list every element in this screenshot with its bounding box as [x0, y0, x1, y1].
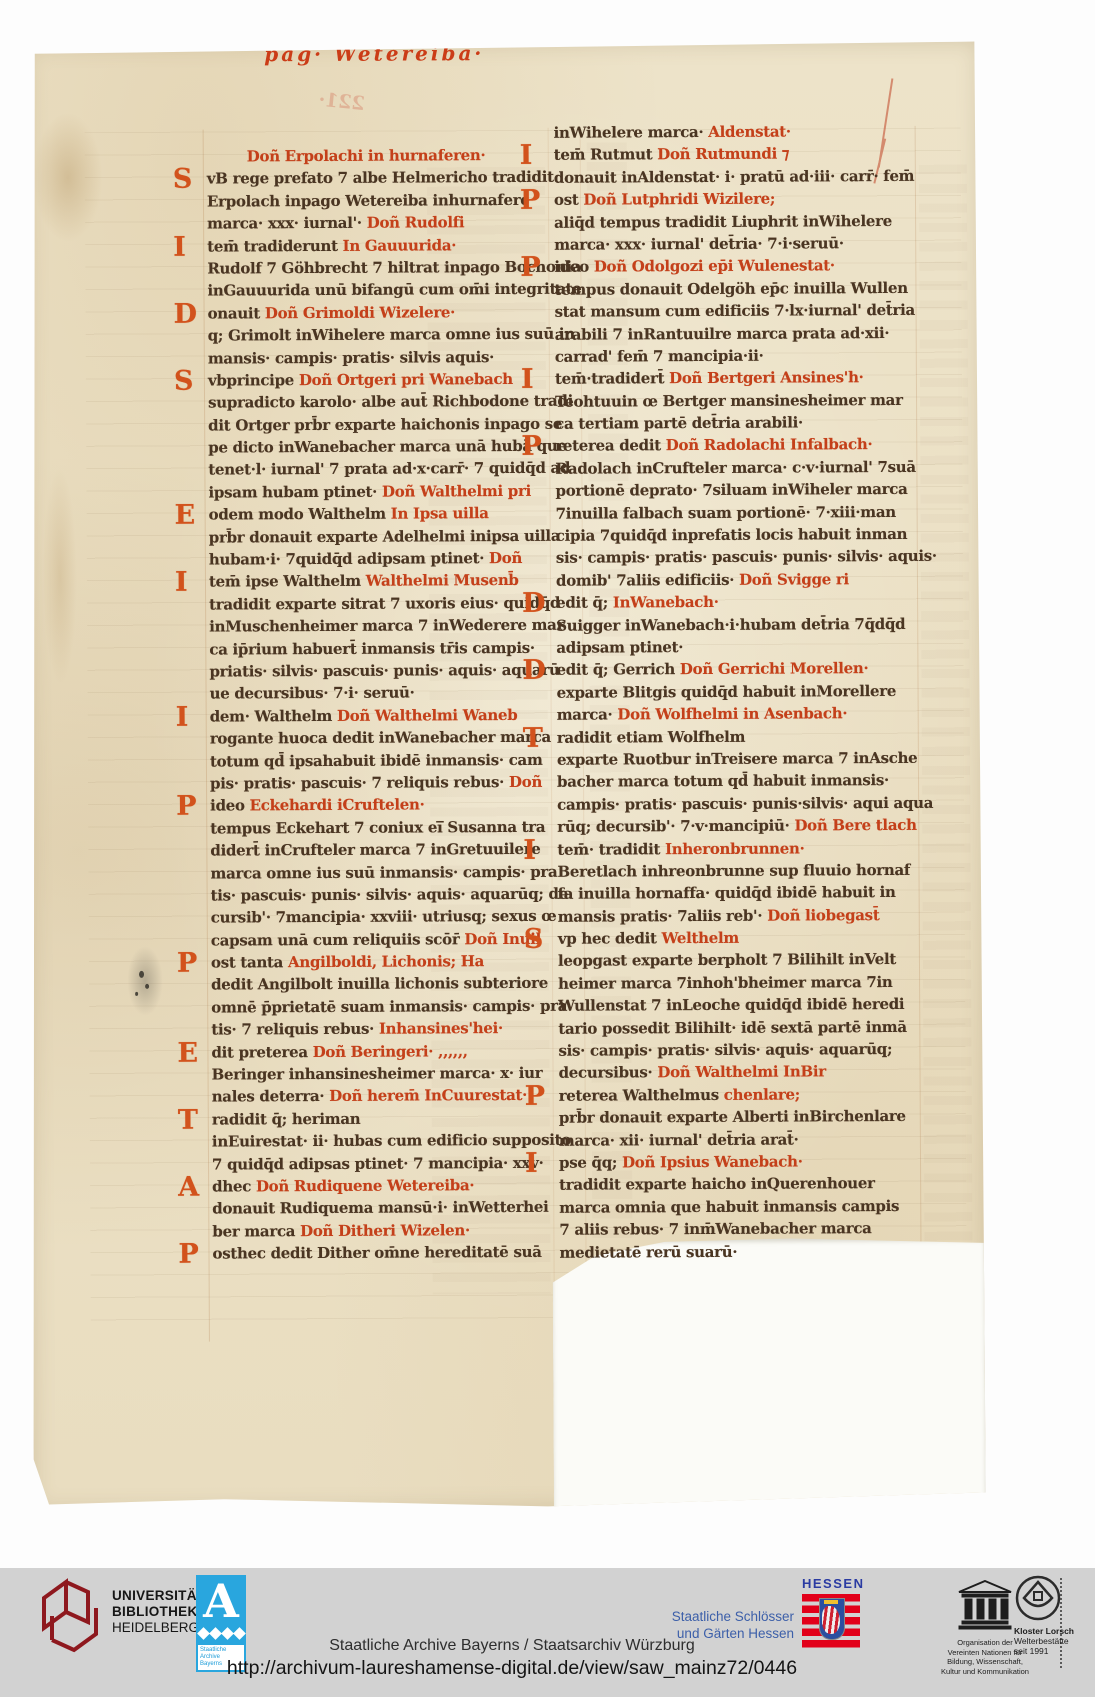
- world-heritage-emblem-icon: [1014, 1574, 1062, 1622]
- source-url: http://archivum-laureshamense-digital.de…: [0, 1656, 1024, 1680]
- text-segment: cursib'· 7mancipia· xxviii· utriusq; sex…: [211, 907, 557, 927]
- manuscript-page: p̄ag· Wetereiba· 221· Doñ Erpolachi in h…: [26, 42, 986, 1511]
- ink-speck: [139, 971, 144, 978]
- manuscript-line: Pideo Doñ Odolgozi ep̄i Wulenestat·: [554, 254, 916, 278]
- manuscript-line: Rudolf 7 Göhbrecht 7 hiltrat inpago Boch…: [207, 256, 552, 280]
- text-segment: cipia 7quidq̄d inprefatis locis habuit i…: [556, 525, 908, 545]
- manuscript-line: 7 quidq̄d adipsas ptinet· 7 mancipia· xx…: [212, 1151, 557, 1175]
- text-segment: stat mansum cum edificiis 7·lx·iurnal' d…: [555, 301, 915, 321]
- rubric-segment: Doñ Walthelmi InBir: [657, 1063, 826, 1082]
- text-segment: portionē deprato· 7siluam inWiheler marc…: [555, 480, 907, 500]
- world-heritage-block: Kloster Lorsch Welterbestätte seit 1991: [1014, 1574, 1094, 1656]
- rubric-segment: Doñ Rudiquene Wetereiba·: [256, 1176, 474, 1195]
- scan-viewer-page: p̄ag· Wetereiba· 221· Doñ Erpolachi in h…: [0, 0, 1095, 1697]
- manuscript-line: Wullenstat 7 inLeoche quidq̄d ibidē here…: [558, 993, 920, 1017]
- initial-letter: P: [178, 1244, 212, 1267]
- manuscript-line: donauit inAldenstat· i· pratū ad·iii· ca…: [554, 165, 916, 189]
- rubric-segment: Doñ Erpolachi in hurnaferen·: [247, 146, 486, 165]
- text-segment: inWihelere marca·: [554, 123, 709, 142]
- manuscript-line: tis· 7 reliquis rebus· Inhansines'hei·: [211, 1017, 556, 1041]
- text-segment: Radolach inCrufteler marca· c·v·iurnal' …: [555, 458, 915, 478]
- text-segment: capsam unā cum reliquiis scōr̄: [211, 930, 465, 949]
- text-segment: dem· Walthelm: [210, 707, 337, 726]
- rubric-segment: Welthelm: [662, 929, 740, 947]
- rubric-segment: Angilboldi, Lichonis; Ha: [288, 952, 484, 971]
- text-segment: Wullenstat 7 inLeoche quidq̄d ibidē here…: [558, 995, 904, 1015]
- manuscript-line: Item̄ Rutmut Doñ Rutmundi ⁊: [554, 142, 916, 166]
- manuscript-line: Item̄· tradidit Inheronbrunnen·: [557, 836, 919, 860]
- text-segment: donauit Rudiquema mansū·i· inWetterhei: [212, 1198, 548, 1218]
- rubric-segment: Doñ: [509, 773, 542, 791]
- rubric-segment: Aldenstat·: [708, 123, 791, 141]
- manuscript-line: Radolach inCrufteler marca· c·v·iurnal' …: [555, 456, 917, 480]
- manuscript-line: carrad' fem̄ 7 mancipia·ii·: [555, 344, 917, 368]
- manuscript-line: tradidit exparte haicho inQuerenhouer: [559, 1172, 921, 1196]
- rubric-segment: InWanebach·: [613, 593, 719, 612]
- manuscript-line: ca ip̄rium habuert̄ inmansis tr̄is campi…: [209, 636, 554, 660]
- text-segment: domib' 7aliis edificiis·: [556, 571, 739, 590]
- text-segment: 7inuilla falbach suam portionē· 7·xiii·m…: [556, 503, 896, 523]
- manuscript-line: supradicto karolo· albe aut̄ Richbodone …: [208, 390, 553, 414]
- manuscript-line: Preterea Walthelmus chenlare;: [559, 1083, 921, 1107]
- manuscript-line: arabili 7 inRantuuilre marca prata ad·xi…: [555, 321, 917, 345]
- text-segment: prb̄r donauit exparte Alberti inBirchenl…: [559, 1107, 906, 1127]
- manuscript-line: pe dicto inWanebacher marca unā hubā que: [208, 435, 553, 459]
- text-segment: arabili 7 inRantuuilre marca prata ad·xi…: [555, 324, 890, 344]
- manuscript-line: inMuschenheimer marca 7 inWederere mar: [209, 614, 554, 638]
- text-segment: campis· pratis· pascuis· punis·silvis· a…: [557, 793, 933, 813]
- text-segment: osthec dedit Dither om̄ne hereditatē suā: [212, 1243, 541, 1263]
- lorsch-line1: Kloster Lorsch: [1014, 1626, 1094, 1636]
- initial-letter: P: [176, 796, 210, 819]
- text-segment: pe dicto inWanebacher marca unā hubā que: [208, 437, 567, 457]
- initial-letter: S: [524, 929, 558, 952]
- rubric-segment: Doñ Lutphridi Wizilere;: [583, 190, 775, 209]
- manuscript-line: ipsam hubam ptinet· Doñ Walthelmi pri: [208, 480, 553, 504]
- initial-letter: D: [522, 660, 556, 683]
- text-segment: marca omne ius suū inmansis· campis· pra: [210, 862, 557, 882]
- manuscript-line: didert̄ inCrufteler marca 7 inGretuuiler…: [210, 838, 555, 862]
- initial-letter: S: [173, 169, 207, 192]
- manuscript-line: Pideo Eckehardi iCruftelen·: [210, 793, 555, 817]
- rubric-segment: Doñ Ipsius Wanebach·: [622, 1152, 803, 1171]
- text-segment: ber marca: [212, 1222, 300, 1240]
- manuscript-line: marca omnia que habuit inmansis campis: [559, 1195, 921, 1219]
- manuscript-line: campis· pratis· pascuis· punis·silvis· a…: [557, 792, 919, 816]
- text-segment: marca· xxx· iurnal' det̄ria· 7·i·seruū·: [554, 234, 844, 254]
- manuscript-line: stat mansum cum edificiis 7·lx·iurnal' d…: [555, 299, 917, 323]
- text-segment: tario possedit Bilihilt· idē sextā partē…: [558, 1018, 907, 1038]
- text-segment: donauit inAldenstat· i· pratū ad·iii· ca…: [554, 167, 914, 187]
- initial-letter: I: [176, 706, 210, 729]
- hessen-shield-icon: [819, 1598, 845, 1640]
- manuscript-line: SvB rege prefato 7 albe Helmericho tradi…: [207, 166, 552, 190]
- manuscript-line: domib' 7aliis edificiis· Doñ Svigge ri: [556, 568, 918, 592]
- text-segment: inEuirestat· ii· hubas cum edificio supp…: [212, 1131, 571, 1151]
- manuscript-line: Tradidit q̄; heriman: [212, 1107, 557, 1131]
- rubric-segment: Doñ Gerrichi Morellen·: [680, 659, 869, 678]
- text-segment: decursibus·: [559, 1064, 658, 1083]
- text-segment: pis· pratis· pascuis· 7 reliquis rebus·: [210, 773, 509, 793]
- initial-letter: I: [175, 572, 209, 595]
- text-segment: priatis· silvis· pascuis· punis· aquis· …: [209, 661, 559, 681]
- text-segment: totum qd̄ ipsahabuit ibidē inmansis· cam: [210, 750, 543, 770]
- show-through-ghost: [919, 162, 973, 1262]
- text-segment: bacher marca totum qd̄ habuit inmansis·: [557, 771, 889, 791]
- text-segment: tem̄ ipse Walthelm: [209, 572, 366, 591]
- initial-letter: D: [174, 303, 208, 326]
- text-segment: edit q̄;: [556, 594, 613, 612]
- manuscript-line: Posthec dedit Dither om̄ne hereditatē su…: [212, 1241, 557, 1265]
- rubric-segment: Doñ Svigge ri: [739, 570, 849, 589]
- text-segment: dit Ortger prb̄r exparte haichonis inpag…: [208, 414, 562, 434]
- text-segment: tenet·l· iurnal' 7 prata ad·x·carr̄· 7 q…: [208, 459, 570, 479]
- text-segment: dit preterea: [211, 1043, 312, 1062]
- initial-letter: P: [177, 953, 211, 976]
- text-segment: tempus donauit Odelgöh ep̄c inuilla Wull…: [554, 279, 907, 299]
- manuscript-line: portionē deprato· 7siluam inWiheler marc…: [555, 478, 917, 502]
- text-segment: edit q̄; Gerrich: [556, 660, 680, 679]
- rubric-segment: Doñ liobegast̄: [767, 906, 879, 925]
- text-segment: didert̄ inCrufteler marca 7 inGretuuiler…: [210, 840, 540, 860]
- manuscript-line: Teohtuuin œ Bertger mansinesheimer mar: [555, 389, 917, 413]
- rubric-segment: Doñ Radolachi Infalbach·: [666, 436, 873, 455]
- text-segment: tradidit exparte sitrat 7 uxoris eius· q…: [209, 594, 560, 614]
- text-segment: exparte Ruotbur inTreisere marca 7 inAsc…: [557, 749, 918, 769]
- manuscript-line: Donauit Doñ Grimoldi Wizelere·: [208, 300, 553, 324]
- manuscript-line: inWihelere marca· Aldenstat·: [554, 120, 916, 144]
- initial-letter: E: [175, 505, 209, 528]
- text-segment: rūq; decursib'· 7·v·mancipiū·: [557, 817, 794, 836]
- lorsch-line3: seit 1991: [1014, 1646, 1094, 1656]
- hessen-text-line1: Staatliche Schlösser: [648, 1608, 794, 1625]
- initial-letter: I: [520, 145, 554, 168]
- parchment-smudge: [127, 946, 163, 1016]
- manuscript-line: cursib'· 7mancipia· xxviii· utriusq; sex…: [211, 905, 556, 929]
- manuscript-line: Svp hec dedit Welthelm: [558, 926, 920, 950]
- parchment-stain: [33, 112, 104, 242]
- rubric-segment: In Ipsa uilla: [391, 504, 489, 523]
- manuscript-line: Dedit q̄; Gerrich Doñ Gerrichi Morellen·: [556, 657, 918, 681]
- manuscript-line: Preterea dedit Doñ Radolachi Infalbach·: [555, 433, 917, 457]
- page-heading-rubric: p̄ag· Wetereiba·: [264, 41, 484, 66]
- manuscript-line: tempus Eckehart 7 coniux ei̅ Susanna tra: [210, 815, 555, 839]
- manuscript-line: decursibus· Doñ Walthelmi InBir: [558, 1060, 920, 1084]
- text-segment: q; Grimolt inWihelere marca omne ius suū…: [208, 325, 575, 345]
- manuscript-line: prb̄r donauit exparte Adelhelmi inipsa u…: [209, 524, 554, 548]
- text-segment: ipsam hubam ptinet·: [208, 483, 382, 502]
- rubric-segment: Doñ herem̄ InCuurestat·: [329, 1086, 527, 1105]
- text-segment: ca ip̄rium habuert̄ inmansis tr̄is campi…: [209, 638, 535, 658]
- text-segment: radidit etiam Wolfhelm: [557, 727, 745, 746]
- parchment-stain: [42, 466, 77, 686]
- rubric-segment: Doñ Rudolfi: [367, 213, 465, 232]
- rubric-segment: Doñ Rutmundi ⁊: [657, 145, 789, 164]
- initial-letter: P: [520, 257, 554, 280]
- text-segment: leopgast exparte berpholt 7 Bilihilt inV…: [558, 950, 896, 970]
- manuscript-line: Post tanta Angilboldi, Lichonis; Ha: [211, 950, 556, 974]
- text-segment: vB rege prefato 7 albe Helmericho tradid…: [207, 168, 554, 188]
- rubric-segment: Doñ: [489, 549, 522, 567]
- rubric-segment: Doñ Walthelmi Waneb: [337, 706, 518, 725]
- manuscript-line: marca· xxx· iurnal' det̄ria· 7·i·seruū·: [554, 232, 916, 256]
- initial-letter: I: [525, 1153, 559, 1176]
- manuscript-line: inGauuurida unū bifangū cum om̄i integri…: [207, 278, 552, 302]
- manuscript-line: totum qd̄ ipsahabuit ibidē inmansis· cam: [210, 748, 555, 772]
- ink-speck: [145, 984, 149, 989]
- text-segment: tem̄· tradidit: [557, 840, 665, 859]
- text-segment: vp hec dedit: [558, 929, 662, 948]
- manuscript-line: inEuirestat· ii· hubas cum edificio supp…: [212, 1129, 557, 1153]
- rubric-segment: Doñ Grimoldi Wizelere·: [265, 303, 455, 322]
- initial-letter: D: [522, 593, 556, 616]
- rubric-segment: Walthelmi Musenb̄: [366, 571, 519, 590]
- text-segment: rogante huoca dedit inWanebacher marca: [210, 728, 551, 748]
- manuscript-line: marca· Doñ Wolfhelmi in Asenbach·: [557, 702, 919, 726]
- text-segment: ue decursibus· 7·i· seruū·: [210, 684, 415, 703]
- text-segment: odem modo Walthelm: [209, 505, 391, 524]
- initial-letter: S: [174, 370, 208, 393]
- manuscript-line: Item̄ ipse Walthelm Walthelmi Musenb̄: [209, 569, 554, 593]
- manuscript-line: prb̄r donauit exparte Alberti inBirchenl…: [559, 1105, 921, 1129]
- manuscript-line: Item̄ tradiderunt In Gauuurida·: [207, 233, 552, 257]
- initial-letter: I: [523, 839, 557, 862]
- text-segment: tradidit exparte haicho inQuerenhouer: [559, 1174, 875, 1194]
- hessen-wordmark: HESSEN: [802, 1576, 860, 1591]
- manuscript-line: Beringer inhansinesheimer marca· x· iur: [212, 1062, 557, 1086]
- ms-col-left: Doñ Erpolachi in hurnaferen·SvB rege pre…: [207, 144, 558, 1265]
- text-segment: ca tertiam partē det̄ria arabili·: [555, 414, 803, 433]
- manuscript-line: nales deterra· Doñ herem̄ InCuurestat·: [212, 1084, 557, 1108]
- show-through-folio-number: 221·: [317, 89, 365, 115]
- manuscript-line: tradidit exparte sitrat 7 uxoris eius· q…: [209, 592, 554, 616]
- manuscript-line: marca· xii· iurnal' det̄ria arat̄·: [559, 1127, 921, 1151]
- manuscript-line: ue decursibus· 7·i· seruū·: [210, 681, 555, 705]
- rubric-segment: In Gauuurida·: [343, 236, 457, 255]
- manuscript-line: Dedit q̄; InWanebach·: [556, 590, 918, 614]
- text-segment: aliq̄d tempus tradidit Liuphrit inWihele…: [554, 212, 892, 232]
- manuscript-line: q; Grimolt inWihelere marca omne ius suū…: [208, 323, 553, 347]
- ms-col-right: inWihelere marca· Aldenstat·Item̄ Rutmut…: [554, 120, 922, 1264]
- text-segment: ideo: [554, 258, 594, 276]
- manuscript-line: cipia 7quidq̄d inprefatis locis habuit i…: [556, 523, 918, 547]
- manuscript-line: Idem· Walthelm Doñ Walthelmi Waneb: [210, 704, 555, 728]
- text-segment: sis· campis· pratis· pascuis· punis· sil…: [556, 547, 937, 567]
- manuscript-line: exparte Blitgis quidq̄d habuit inMorelle…: [557, 680, 919, 704]
- text-segment: tis· pascuis· punis· silvis· aquis· aqua…: [211, 885, 568, 905]
- initial-letter: T: [178, 1109, 212, 1132]
- manuscript-line: aliq̄d tempus tradidit Liuphrit inWihele…: [554, 209, 916, 233]
- manuscript-line: tempus donauit Odelgöh ep̄c inuilla Wull…: [554, 277, 916, 301]
- text-segment: Beringer inhansinesheimer marca· x· iur: [212, 1064, 543, 1084]
- initial-letter: A: [178, 1177, 212, 1200]
- text-segment: mansis pratis· 7aliis reb'·: [558, 906, 768, 925]
- manuscript-line: rogante huoca dedit inWanebacher marca: [210, 726, 555, 750]
- text-segment: inGauuurida unū bifangū cum om̄i integri…: [207, 280, 581, 300]
- initial-letter: I: [173, 236, 207, 259]
- text-segment: sis· campis· pratis· silvis· aquis· aqua…: [558, 1040, 892, 1060]
- text-segment: exparte Blitgis quidq̄d habuit inMorelle…: [557, 682, 897, 702]
- initial-letter: P: [520, 190, 554, 213]
- manuscript-line: heimer marca 7inhoh'bheimer marca 7in: [558, 971, 920, 995]
- manuscript-line: Doñ Erpolachi in hurnaferen·: [247, 144, 552, 168]
- text-segment: radidit q̄; heriman: [212, 1110, 361, 1129]
- initial-letter: P: [525, 1086, 559, 1109]
- rubric-segment: Inheronbrunnen·: [665, 839, 805, 858]
- text-segment: prb̄r donauit exparte Adelhelmi inipsa u…: [209, 526, 561, 546]
- rubric-segment: Eckehardi iCruftelen·: [250, 796, 425, 815]
- text-segment: reterea dedit: [555, 437, 666, 456]
- text-segment: vbprincipe: [208, 371, 299, 389]
- text-segment: ost: [554, 191, 584, 209]
- manuscript-line: tario possedit Bilihilt· idē sextā partē…: [558, 1015, 920, 1039]
- text-segment: mansis· campis· pratis· silvis aquis·: [208, 348, 494, 367]
- text-segment: omnē p̄prietatē suam inmansis· campis· p…: [211, 997, 567, 1017]
- manuscript-line: leopgast exparte berpholt 7 Bilihilt inV…: [558, 948, 920, 972]
- text-segment: 7 aliis rebus· 7 inm̄Wanebacher marca: [559, 1219, 871, 1239]
- repair-patch: [552, 1238, 985, 1508]
- manuscript-line: Ipse q̄q; Doñ Ipsius Wanebach·: [559, 1150, 921, 1174]
- manuscript-line: Item̄·tradidert̄ Doñ Bertgeri Ansines'h·: [555, 366, 917, 390]
- manuscript-line: Adhec Doñ Rudiquene Wetereiba·: [212, 1174, 557, 1198]
- manuscript-line: Tradidit etiam Wolfhelm: [557, 724, 919, 748]
- manuscript-line: ca tertiam partē det̄ria arabili·: [555, 411, 917, 435]
- text-segment: nales deterra·: [212, 1087, 330, 1106]
- text-segment: marca·: [557, 706, 618, 724]
- rubric-segment: Doñ Bere tlach: [794, 816, 916, 835]
- manuscript-line: Post Doñ Lutphridi Wizilere;: [554, 187, 916, 211]
- text-segment: marca· xxx· iurnal'·: [207, 214, 367, 233]
- rubric-segment: Doñ Beringeri· ,,,,,,: [313, 1042, 468, 1061]
- lorsch-line2: Welterbestätte: [1014, 1636, 1094, 1646]
- text-segment: dedit Angilbolt inuilla lichonis subteri…: [211, 974, 548, 994]
- manuscript-line: mansis pratis· 7aliis reb'· Doñ liobegas…: [558, 904, 920, 928]
- rubric-segment: chenlare;: [724, 1085, 800, 1103]
- manuscript-line: sis· campis· pratis· silvis· aquis· aqua…: [558, 1038, 920, 1062]
- manuscript-line: Edit preterea Doñ Beringeri· ,,,,,,: [211, 1039, 556, 1063]
- initial-letter: T: [523, 727, 557, 750]
- manuscript-line: Eodem modo Walthelm In Ipsa uilla: [209, 502, 554, 526]
- bayern-a-letter: A: [196, 1575, 246, 1627]
- manuscript-line: pis· pratis· pascuis· 7 reliquis rebus· …: [210, 771, 555, 795]
- manuscript-line: Svbprincipe Doñ Ortgeri pri Wanebach: [208, 368, 553, 392]
- manuscript-line: bacher marca totum qd̄ habuit inmansis·: [557, 769, 919, 793]
- rubric-segment: Doñ Odolgozi ep̄i Wulenestat·: [594, 257, 835, 276]
- text-segment: tem̄ tradiderunt: [207, 236, 342, 255]
- initial-letter: P: [521, 436, 555, 459]
- text-segment: Erpolach inpago Wetereiba inhurnafere: [207, 191, 530, 211]
- manuscript-line: ber marca Doñ Ditheri Wizelen·: [212, 1218, 557, 1242]
- manuscript-line: adipsam ptinet·: [556, 635, 918, 659]
- text-segment: ideo: [210, 797, 250, 815]
- text-segment: Suigger inWanebach·i·hubam det̄ria 7q̄dq…: [556, 615, 905, 635]
- manuscript-line: medietatē rerū suarū·: [559, 1239, 921, 1263]
- manuscript-line: rūq; decursib'· 7·v·mancipiū· Doñ Bere t…: [557, 814, 919, 838]
- text-segment: onauit: [208, 304, 265, 322]
- credit-block: Staatliche Archive Bayerns / Staatsarchi…: [0, 1636, 1024, 1680]
- manuscript-line: tis· pascuis· punis· silvis· aquis· aqua…: [211, 883, 556, 907]
- rubric-segment: Doñ Wolfhelmi in Asenbach·: [617, 704, 847, 723]
- text-segment: heimer marca 7inhoh'bheimer marca 7in: [558, 973, 892, 993]
- text-segment: dhec: [212, 1177, 256, 1195]
- manuscript-line: donauit Rudiquema mansū·i· inWetterhei: [212, 1196, 557, 1220]
- text-segment: inMuschenheimer marca 7 inWederere mar: [209, 616, 564, 636]
- text-segment: medietatē rerū suarū·: [559, 1242, 737, 1261]
- manuscript-line: 7inuilla falbach suam portionē· 7·xiii·m…: [556, 500, 918, 524]
- initial-letter: E: [177, 1042, 211, 1065]
- text-segment: adipsam ptinet·: [556, 638, 683, 657]
- manuscript-line: 7 aliis rebus· 7 inm̄Wanebacher marca: [559, 1217, 921, 1241]
- manuscript-line: sis· campis· pratis· pascuis· punis· sil…: [556, 545, 918, 569]
- manuscript-line: priatis· silvis· pascuis· punis· aquis· …: [209, 659, 554, 683]
- initial-letter: I: [521, 369, 555, 392]
- rubric-segment: Doñ Ditheri Wizelen·: [300, 1221, 470, 1240]
- text-segment: fa inuilla hornaffa· quidq̄d ibidē habui…: [558, 883, 896, 903]
- manuscript-line: Erpolach inpago Wetereiba inhurnafere: [207, 189, 552, 213]
- text-segment: reterea Walthelmus: [559, 1086, 724, 1105]
- manuscript-line: fa inuilla hornaffa· quidq̄d ibidē habui…: [558, 881, 920, 905]
- rubric-segment: Inhansines'hei·: [379, 1019, 503, 1038]
- manuscript-line: exparte Ruotbur inTreisere marca 7 inAsc…: [557, 747, 919, 771]
- text-segment: marca omnia que habuit inmansis campis: [559, 1197, 899, 1217]
- rubric-segment: Doñ Ortgeri pri Wanebach: [299, 370, 513, 389]
- text-segment: ost tanta: [211, 953, 288, 971]
- text-segment: hubam·i· 7quidq̄d adipsam ptinet·: [209, 549, 489, 568]
- text-segment: marca· xii· iurnal' det̄ria arat̄·: [559, 1130, 799, 1149]
- manuscript-line: hubam·i· 7quidq̄d adipsam ptinet· Doñ: [209, 547, 554, 571]
- unesco-temple-icon: [956, 1580, 1014, 1630]
- text-segment: Beretlach inhreonbrunne sup fluuio horna…: [557, 861, 910, 881]
- manuscript-line: Suigger inWanebach·i·hubam det̄ria 7q̄dq…: [556, 612, 918, 636]
- archive-credit: Staatliche Archive Bayerns / Staatsarchi…: [0, 1636, 1024, 1656]
- manuscript-line: omnē p̄prietatē suam inmansis· campis· p…: [211, 995, 556, 1019]
- manuscript-line: tenet·l· iurnal' 7 prata ad·x·carr̄· 7 q…: [208, 457, 553, 481]
- manuscript-line: dedit Angilbolt inuilla lichonis subteri…: [211, 972, 556, 996]
- manuscript-line: marca· xxx· iurnal'· Doñ Rudolfi: [207, 211, 552, 235]
- rubric-segment: Doñ Bertgeri Ansines'h·: [669, 368, 864, 387]
- text-segment: pse q̄q;: [559, 1153, 622, 1171]
- text-segment: Teohtuuin œ Bertger mansinesheimer mar: [555, 391, 903, 411]
- text-segment: tis· 7 reliquis rebus·: [211, 1020, 379, 1039]
- text-segment: carrad' fem̄ 7 mancipia·ii·: [555, 347, 764, 366]
- rubric-segment: Doñ Walthelmi pri: [382, 482, 531, 501]
- text-segment: tem̄ Rutmut: [554, 146, 658, 165]
- text-segment: 7 quidq̄d adipsas ptinet· 7 mancipia· xx…: [212, 1153, 544, 1173]
- kloster-lorsch-label: Kloster Lorsch Welterbestätte seit 1991: [1014, 1626, 1094, 1656]
- ink-speck: [135, 992, 138, 996]
- text-segment: tem̄·tradidert̄: [555, 369, 669, 388]
- manuscript-line: marca omne ius suū inmansis· campis· pra: [210, 860, 555, 884]
- text-segment: supradicto karolo· albe aut̄ Richbodone …: [208, 392, 573, 412]
- manuscript-line: dit Ortger prb̄r exparte haichonis inpag…: [208, 412, 553, 436]
- manuscript-line: capsam unā cum reliquiis scōr̄ Doñ Inuil: [211, 927, 556, 951]
- manuscript-line: mansis· campis· pratis· silvis aquis·: [208, 345, 553, 369]
- text-segment: tempus Eckehart 7 coniux ei̅ Susanna tra: [210, 818, 545, 838]
- manuscript-line: Beretlach inhreonbrunne sup fluuio horna…: [557, 859, 919, 883]
